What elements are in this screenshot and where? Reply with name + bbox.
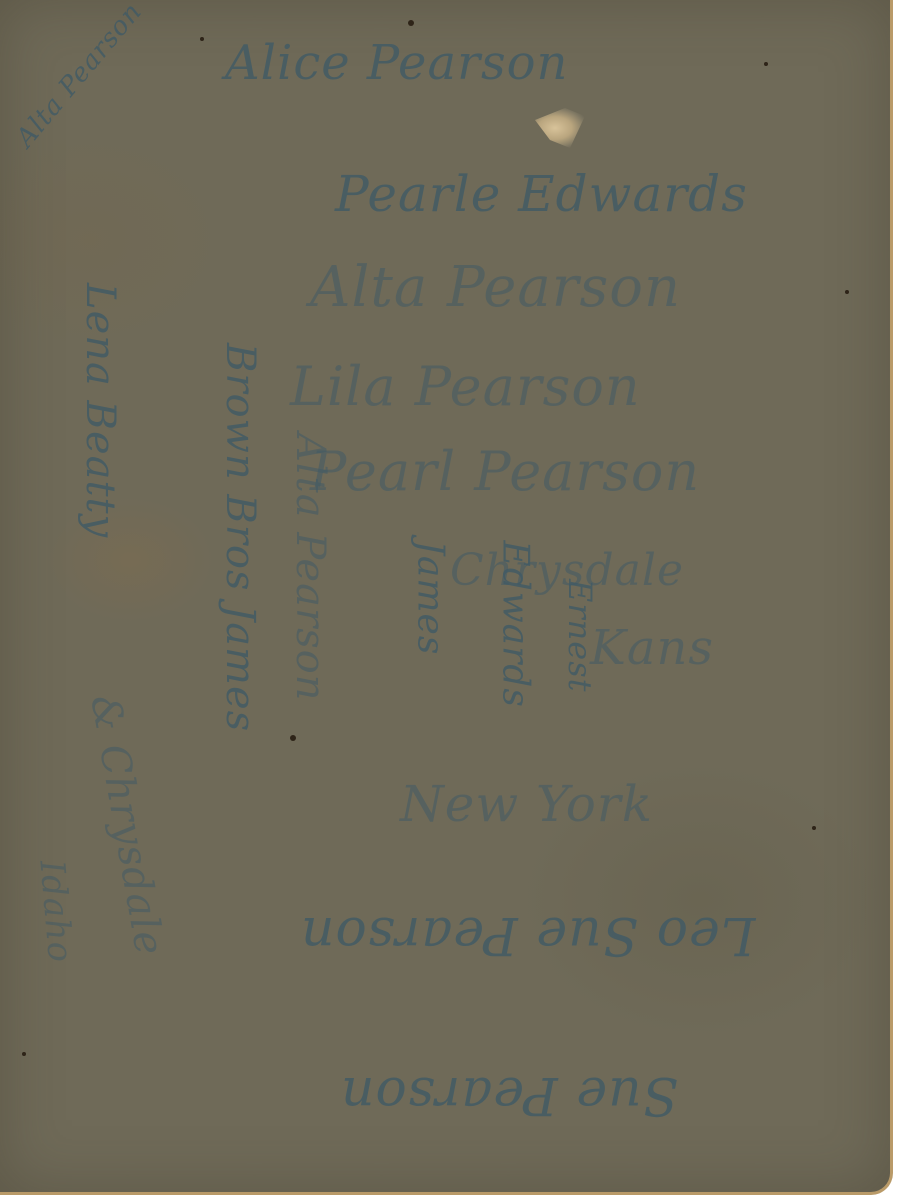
signature-line7: Kans	[590, 620, 714, 676]
speck	[812, 826, 816, 830]
signature-diagonal-corner: Alta Pearson	[10, 0, 148, 153]
speck	[290, 735, 296, 741]
speck	[845, 290, 849, 294]
speck	[764, 62, 768, 66]
signature-upside-down-1: Leo Sue Pearson	[300, 905, 755, 965]
signature-vertical-mid-2: Alta Pearson	[287, 433, 333, 813]
signature-vertical-left-3: Idaho	[31, 859, 88, 1062]
signature-line4: Lila Pearson	[290, 355, 641, 418]
signature-vertical-center-2: Edwards	[495, 541, 536, 781]
signature-vertical-mid-1: Brown Bros James	[217, 343, 263, 783]
signature-vertical-center-3: Ernest	[561, 579, 599, 799]
card-back: Alta Pearson Alice Pearson Pearle Edward…	[0, 0, 893, 1195]
signature-line5: Pearl Pearson	[310, 440, 700, 503]
signature-line3: Alta Pearson	[310, 255, 681, 320]
speck	[22, 1052, 26, 1056]
speck	[408, 20, 414, 26]
speck	[200, 37, 204, 41]
torn-paper-spot	[535, 108, 585, 148]
signature-vertical-left-1: Lena Beatty	[77, 283, 123, 603]
signature-line1: Alice Pearson	[225, 35, 568, 91]
signature-vertical-center-1: James	[410, 541, 451, 741]
signature-upside-down-2: Sue Pearson	[340, 1065, 678, 1125]
signature-vertical-left-2: & Chrysdale	[81, 691, 178, 994]
signature-line8: New York	[400, 775, 653, 833]
signature-line2: Pearle Edwards	[335, 165, 748, 223]
